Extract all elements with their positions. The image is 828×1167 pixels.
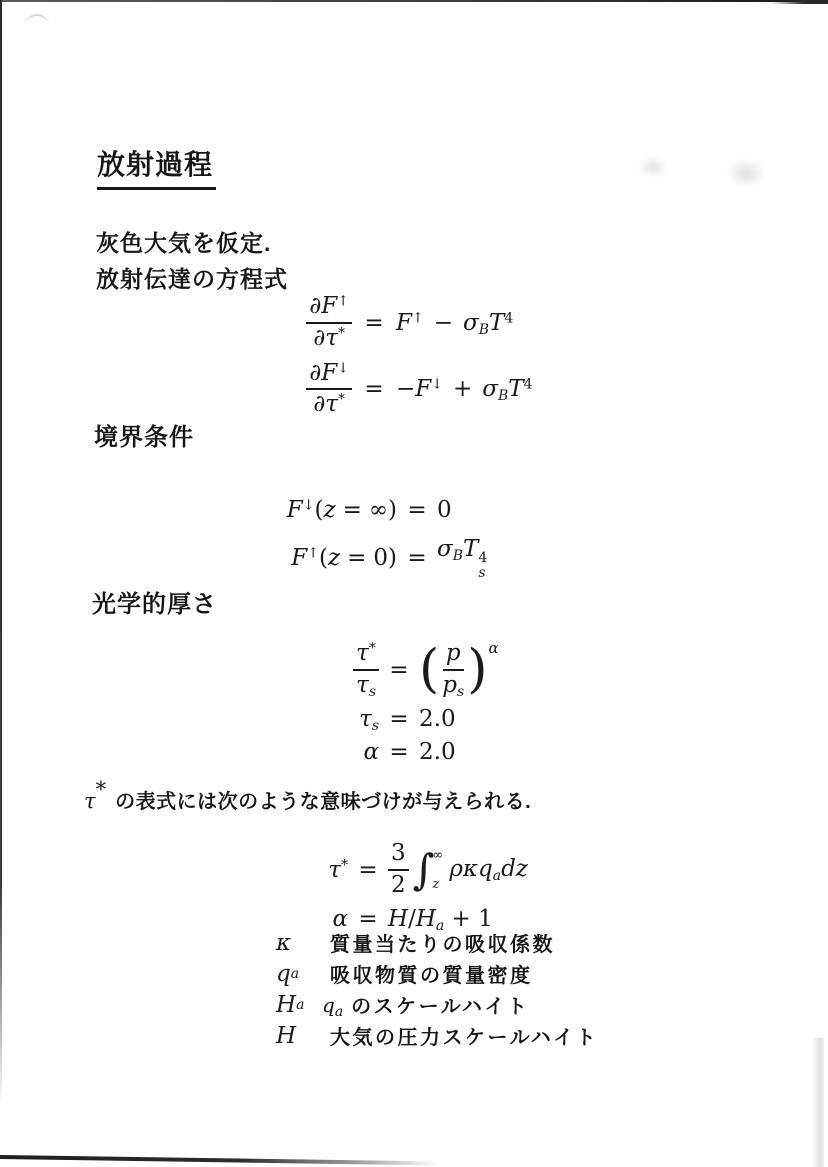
h-definition: 大気の圧力スケールハイト	[322, 1020, 598, 1051]
differential: dz	[501, 856, 528, 882]
math-token: σ	[482, 376, 498, 402]
subscript: s	[478, 566, 485, 581]
eq-bc1-lhs: F↓(z=∞)	[287, 497, 397, 523]
math-token: σ	[463, 310, 479, 336]
kappa-definition: 質量当たりの吸収係数	[322, 927, 598, 958]
star-superscript: *	[369, 640, 376, 656]
up-arrow-superscript: ↑	[412, 310, 424, 326]
subscript: s	[457, 684, 464, 700]
fraction: ∂F↑∂τ*	[306, 294, 352, 352]
eq-rt-down-rhs: −F↓+σBT4	[396, 376, 533, 402]
eq-od2-lhs: τs	[359, 706, 379, 732]
numerator: ∂F↑	[306, 294, 352, 324]
operator: −	[434, 310, 453, 336]
subscript: B	[498, 388, 508, 404]
integrand: ρκq	[449, 856, 492, 882]
equals-sign: =	[347, 545, 366, 571]
star-superscript: *	[338, 392, 345, 408]
scan-edge-left	[0, 0, 2, 1105]
eq-ti-lhs: τ*	[328, 857, 348, 883]
definition-text: 質量当たりの吸収係数	[330, 928, 555, 957]
integral-limits: ∞z	[433, 848, 444, 892]
down-arrow-superscript: ↓	[337, 360, 349, 376]
eq-od2-rhs: 2.0	[419, 706, 456, 732]
down-arrow-superscript: ↓	[303, 497, 315, 513]
definition-text: のスケールハイト	[351, 990, 529, 1019]
math-token: τ	[328, 857, 341, 883]
equals-sign: =	[389, 706, 408, 732]
eq-od1-rhs: (pps)α	[419, 641, 498, 699]
boundary-condition-equations: F↓(z=∞) = 0 F↑(z=0) = σBT4s	[305, 497, 487, 581]
fraction: τ*τs	[353, 641, 379, 699]
numerator: 3	[388, 841, 409, 871]
superscript: 4	[478, 551, 487, 566]
eq-bc2-rhs: σBT4s	[437, 536, 487, 581]
eq-od3-lhs: α	[363, 739, 379, 765]
fraction: ∂F↓∂τ*	[306, 361, 352, 419]
h-symbol: H	[276, 1020, 322, 1051]
equals-sign: =	[358, 857, 377, 883]
big-paren-close: )	[467, 640, 487, 700]
scan-smudge	[638, 156, 668, 178]
math-token: ∂F	[309, 360, 337, 386]
qa-symbol: qa	[276, 958, 322, 989]
equals-sign: =	[343, 497, 362, 523]
tau-interpretation-sentence: τ*の表式には次のような意味づけが与えられる.	[84, 785, 531, 814]
ha-definition: qaのスケールハイト	[322, 989, 598, 1020]
infinity-upper-limit: ∞	[433, 848, 444, 863]
alpha-exponent: α	[489, 639, 499, 657]
math-token: z	[328, 545, 340, 571]
subscript: B	[479, 322, 489, 338]
equals-sign: =	[364, 376, 383, 402]
paren-close: )	[388, 497, 397, 523]
equals-sign: =	[389, 657, 408, 683]
subscript: a	[335, 1004, 343, 1020]
radiative-transfer-heading: 放射伝達の方程式	[96, 261, 288, 294]
numerator: p	[443, 641, 464, 671]
sup-sub-stack: 4s	[478, 551, 487, 580]
math-token: κ	[276, 930, 291, 956]
definition-text: 大気の圧力スケールハイト	[330, 1021, 598, 1050]
eq-ti-rhs: 32∫∞zρκqadz	[388, 841, 528, 899]
math-token: σ	[437, 536, 453, 562]
qa-definition: 吸収物質の質量密度	[322, 958, 598, 989]
operator: +	[453, 376, 472, 402]
denominator: 2	[388, 871, 409, 899]
eq-bc1-rhs: 0	[437, 497, 452, 523]
math-token: F	[287, 497, 303, 523]
up-arrow-superscript: ↑	[337, 293, 349, 309]
tau-integral-equations: τ* = 32∫∞zρκqadz α = H/Ha + 1	[320, 841, 528, 932]
denominator: τs	[353, 671, 379, 699]
math-token: ∂τ	[313, 391, 338, 417]
symbol-definition-list: κ 質量当たりの吸収係数 qa 吸収物質の質量密度 Ha qaのスケールハイト …	[276, 927, 598, 1051]
boundary-conditions-heading: 境界条件	[94, 417, 194, 452]
math-token: T	[489, 310, 504, 336]
math-token: T	[508, 376, 523, 402]
equals-sign: =	[364, 310, 383, 336]
star-superscript: *	[341, 857, 348, 873]
equals-sign: =	[407, 545, 426, 571]
eq-rt-down-lhs: ∂F↓∂τ*	[306, 361, 352, 419]
scan-squiggle-mark	[25, 14, 49, 26]
math-token: F	[396, 310, 412, 336]
math-token: T	[463, 536, 478, 562]
math-token: q	[322, 993, 335, 1017]
up-arrow-superscript: ↑	[307, 546, 319, 562]
optical-depth-equations: τ*τs = (pps)α τs = 2.0 α = 2.0	[345, 641, 498, 765]
scan-edge-bottom	[0, 1155, 440, 1166]
eq-rt-up-lhs: ∂F↑∂τ*	[306, 294, 352, 352]
minus-sign: −	[396, 376, 415, 402]
eq-od1-lhs: τ*τs	[353, 641, 379, 699]
fraction: pps	[439, 641, 467, 699]
equals-sign: =	[407, 497, 426, 523]
paren-open: (	[319, 545, 328, 571]
numerator: τ*	[353, 641, 379, 671]
scan-smudge	[726, 158, 766, 188]
eq-bc2-lhs: F↑(z=0)	[291, 545, 397, 571]
integral-sign: ∫	[413, 845, 435, 894]
math-token: p	[442, 672, 457, 698]
optical-depth-heading: 光学的厚さ	[92, 584, 217, 619]
math-token: q	[276, 961, 291, 987]
math-token: z	[323, 497, 335, 523]
denominator: ps	[439, 671, 467, 699]
sentence-text: の表式には次のような意味づけが与えられる.	[115, 791, 531, 813]
subscript: B	[453, 548, 463, 564]
big-paren-open: (	[419, 640, 439, 700]
numerator: ∂F↓	[306, 361, 352, 391]
subscript: s	[372, 718, 379, 734]
scan-edge-top-right	[770, 0, 828, 4]
math-token: F	[291, 545, 307, 571]
equals-sign: =	[389, 739, 408, 765]
page-title: 放射過程	[97, 143, 216, 190]
paren-close: )	[388, 545, 397, 571]
superscript: 4	[504, 310, 513, 326]
lower-limit: z	[433, 877, 440, 892]
assumption-text: 灰色大気を仮定.	[96, 225, 271, 258]
ha-symbol: Ha	[276, 989, 322, 1020]
math-token: H	[276, 992, 296, 1018]
math-token: ∂F	[309, 293, 337, 319]
subscript: a	[493, 868, 501, 884]
scan-shadow-right	[812, 1038, 824, 1167]
denominator: ∂τ*	[310, 324, 348, 352]
star-superscript: *	[96, 777, 107, 801]
math-token: τ	[359, 706, 372, 732]
math-token: τ	[356, 640, 369, 666]
tau-symbol: τ	[84, 789, 96, 813]
eq-od3-rhs: 2.0	[419, 739, 456, 765]
math-token: F	[415, 376, 431, 402]
math-token: H	[276, 1023, 296, 1049]
fraction: 32	[388, 841, 409, 899]
infinity-symbol: ∞	[369, 497, 388, 523]
eq-rt-up-rhs: F↑−σBT4	[396, 310, 513, 336]
radiative-transfer-equations: ∂F↑∂τ* = F↑−σBT4 ∂F↓∂τ* = −F↓+σBT4	[300, 294, 533, 418]
denominator: ∂τ*	[310, 390, 348, 418]
label-math: qa	[322, 993, 343, 1017]
definition-text: 吸収物質の質量密度	[330, 959, 533, 988]
scan-edge-top	[0, 0, 828, 2]
math-token: ∂τ	[313, 325, 338, 351]
scanned-document-page: 放射過程 灰色大気を仮定. 放射伝達の方程式 ∂F↑∂τ* = F↑−σBT4 …	[0, 0, 828, 1167]
star-superscript: *	[338, 325, 345, 341]
math-token: τ	[356, 672, 369, 698]
kappa-symbol: κ	[276, 927, 322, 958]
down-arrow-superscript: ↓	[431, 377, 443, 393]
subscript: s	[369, 684, 376, 700]
superscript: 4	[524, 377, 533, 393]
math-token: 0	[373, 545, 388, 571]
